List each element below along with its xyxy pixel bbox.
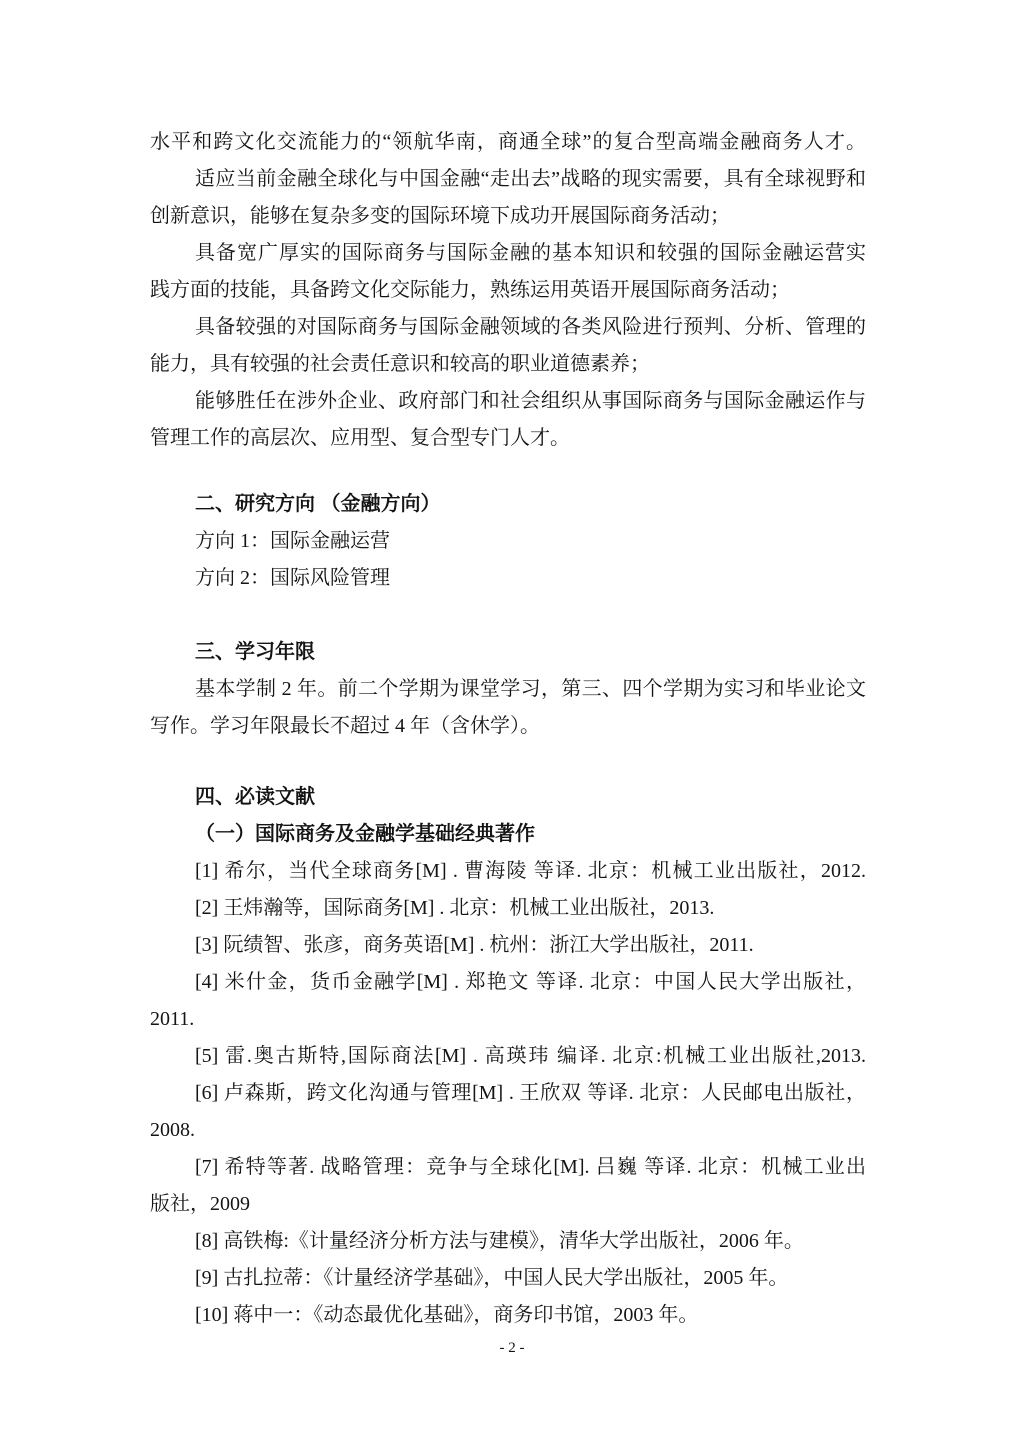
- paragraph-line: 践方面的技能，具备跨文化交际能力，熟练运用英语开展国际商务活动；: [150, 272, 866, 309]
- intro-section: 水平和跨文化交流能力的“领航华南，商通全球”的复合型高端金融商务人才。 适应当前…: [150, 124, 866, 457]
- reference-line: [4] 米什金，货币金融学[M] . 郑艳文 等译. 北京：中国人民大学出版社，: [150, 964, 866, 1001]
- study-period-heading: 三、学习年限: [150, 634, 866, 671]
- reference-line: [7] 希特等著. 战略管理：竞争与全球化[M]. 吕巍 等译. 北京：机械工业…: [150, 1149, 866, 1186]
- reference-line: 2008.: [150, 1112, 866, 1149]
- reference-line: [6] 卢森斯，跨文化沟通与管理[M] . 王欣双 等译. 北京：人民邮电出版社…: [150, 1075, 866, 1112]
- document-page: 水平和跨文化交流能力的“领航华南，商通全球”的复合型高端金融商务人才。 适应当前…: [0, 0, 1024, 1448]
- paragraph-line: 具备较强的对国际商务与国际金融领域的各类风险进行预判、分析、管理的: [150, 309, 866, 346]
- direction-item: 方向 1：国际金融运营: [150, 523, 866, 560]
- direction-item: 方向 2：国际风险管理: [150, 560, 866, 597]
- research-directions-heading: 二、研究方向 （金融方向）: [150, 486, 866, 523]
- paragraph-line: 具备宽广厚实的国际商务与国际金融的基本知识和较强的国际金融运营实: [150, 235, 866, 272]
- reference-line: 版社，2009: [150, 1186, 866, 1223]
- paragraph-line: 写作。学习年限最长不超过 4 年（含休学）。: [150, 708, 866, 745]
- reference-line: [8] 高铁梅:《计量经济分析方法与建模》，清华大学出版社，2006 年。: [150, 1223, 866, 1260]
- reference-line: [1] 希尔，当代全球商务[M] . 曹海陵 等译. 北京：机械工业出版社，20…: [150, 853, 866, 890]
- reference-line: [9] 古扎拉蒂：《计量经济学基础》，中国人民大学出版社，2005 年。: [150, 1260, 866, 1297]
- research-directions-section: 二、研究方向 （金融方向） 方向 1：国际金融运营 方向 2：国际风险管理: [150, 486, 866, 597]
- paragraph-line: 适应当前金融全球化与中国金融“走出去”战略的现实需要，具有全球视野和: [150, 161, 866, 198]
- paragraph-line: 基本学制 2 年。前二个学期为课堂学习，第三、四个学期为实习和毕业论文: [150, 671, 866, 708]
- reference-line: [2] 王炜瀚等，国际商务[M] . 北京：机械工业出版社，2013.: [150, 890, 866, 927]
- study-period-section: 三、学习年限 基本学制 2 年。前二个学期为课堂学习，第三、四个学期为实习和毕业…: [150, 634, 866, 745]
- paragraph-line: 能够胜任在涉外企业、政府部门和社会组织从事国际商务与国际金融运作与: [150, 383, 866, 420]
- required-reading-section: 四、必读文献 （一）国际商务及金融学基础经典著作 [1] 希尔，当代全球商务[M…: [150, 779, 866, 1334]
- paragraph-line: 能力，具有较强的社会责任意识和较高的职业道德素养；: [150, 346, 866, 383]
- paragraph-line: 管理工作的高层次、应用型、复合型专门人才。: [150, 420, 866, 457]
- paragraph-line: 水平和跨文化交流能力的“领航华南，商通全球”的复合型高端金融商务人才。: [150, 124, 866, 161]
- required-reading-subheading: （一）国际商务及金融学基础经典著作: [150, 816, 866, 853]
- reference-line: 2011.: [150, 1001, 866, 1038]
- reference-line: [10] 蒋中一：《动态最优化基础》，商务印书馆，2003 年。: [150, 1297, 866, 1334]
- page-number: - 2 -: [0, 1338, 1024, 1358]
- reference-line: [5] 雷.奥古斯特,国际商法[M] . 高瑛玮 编译. 北京:机械工业出版社,…: [150, 1038, 866, 1075]
- page-body: 水平和跨文化交流能力的“领航华南，商通全球”的复合型高端金融商务人才。 适应当前…: [150, 124, 866, 1334]
- required-reading-heading: 四、必读文献: [150, 779, 866, 816]
- reference-line: [3] 阮绩智、张彦，商务英语[M] . 杭州：浙江大学出版社，2011.: [150, 927, 866, 964]
- paragraph-line: 创新意识，能够在复杂多变的国际环境下成功开展国际商务活动；: [150, 198, 866, 235]
